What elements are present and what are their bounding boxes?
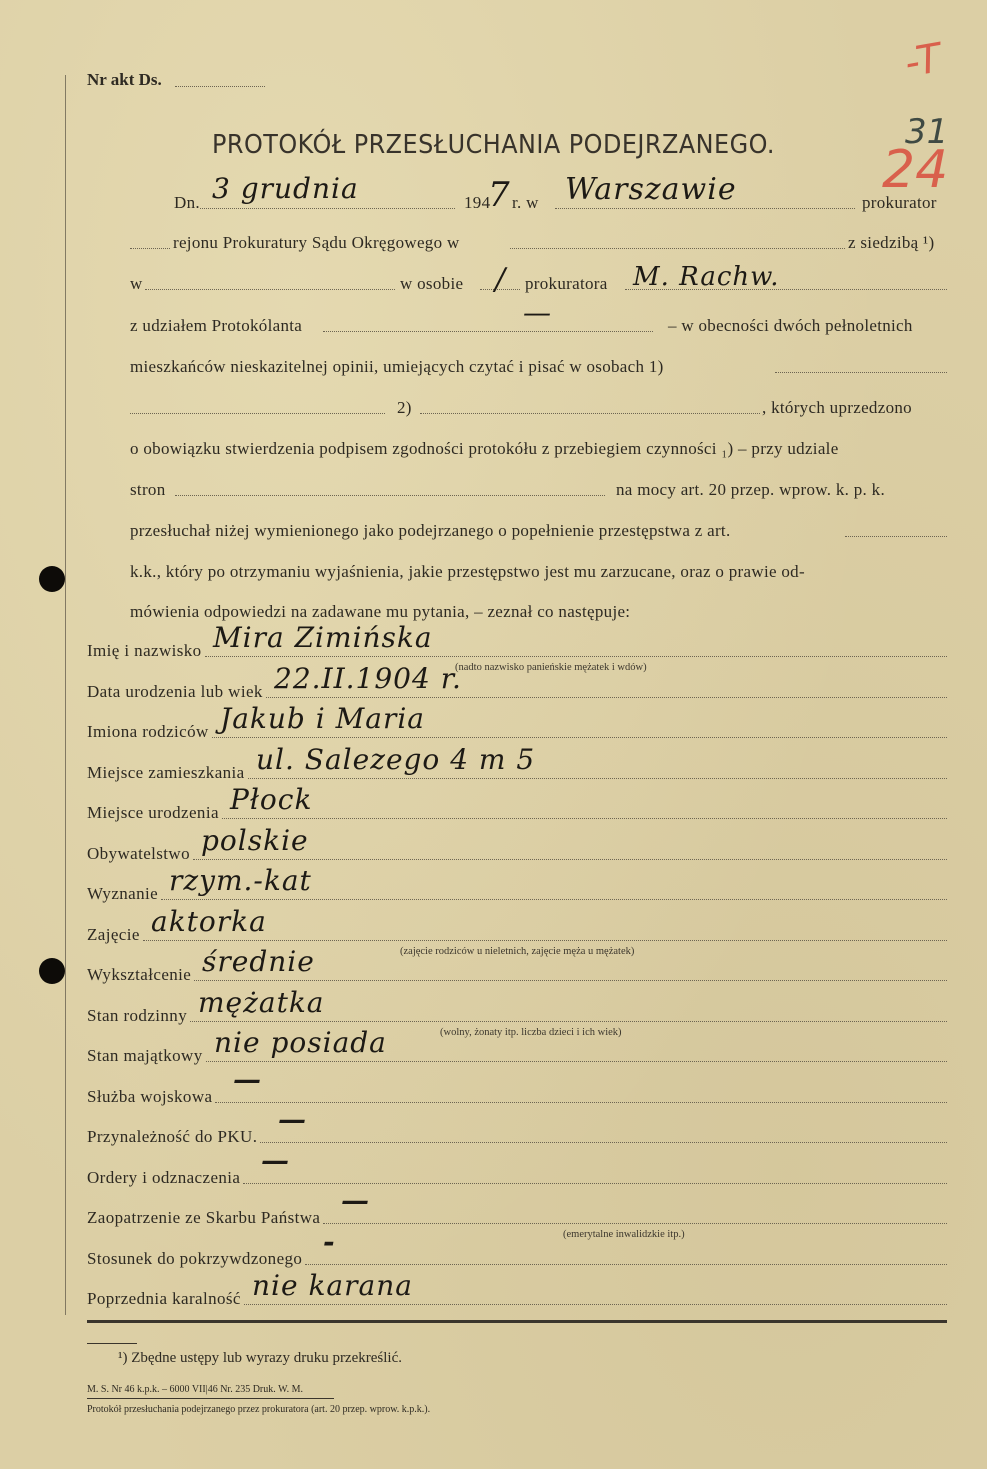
field-value-line	[266, 697, 947, 698]
year-digit-handwritten: 7	[488, 175, 511, 215]
field-value-handwritten: Jakub i Maria	[220, 702, 425, 735]
field-value-line	[248, 778, 947, 779]
field-label: Zaopatrzenie ze Skarbu Państwa	[87, 1208, 320, 1228]
case-number-field	[175, 86, 265, 87]
prosecutor-handwritten: M. Rachw.	[633, 262, 780, 292]
field-label: Data urodzenia lub wiek	[87, 682, 263, 702]
place-field	[555, 208, 855, 209]
field-value-handwritten: 22.II.1904 r.	[274, 662, 462, 695]
intro-line: – w obecności dwóch pełnoletnich	[668, 316, 913, 336]
date-handwritten: 3 grudnia	[212, 172, 359, 205]
field-value-line	[206, 1061, 947, 1062]
field-value-handwritten: —	[233, 1063, 262, 1096]
field-value-handwritten: średnie	[202, 945, 315, 978]
field-value-handwritten: aktorka	[151, 905, 267, 938]
date-field	[200, 208, 455, 209]
intro-line: 2)	[397, 398, 412, 418]
field-note: (emerytalne inwalidzkie itp.)	[563, 1229, 697, 1240]
court-seat-field	[510, 248, 845, 249]
print-rule	[87, 1398, 334, 1399]
field-label: Służba wojskowa	[87, 1087, 212, 1107]
witness-1-field	[775, 372, 947, 373]
intro-line: o obowiązku stwierdzenia podpisem zgodno…	[130, 439, 839, 459]
place-label: r. w	[512, 193, 539, 213]
print-info: M. S. Nr 46 k.p.k. – 6000 VII|46 Nr. 235…	[87, 1384, 303, 1395]
article-field	[845, 536, 947, 537]
field-label: Wykształcenie	[87, 965, 191, 985]
case-number-label: Nr akt Ds.	[87, 70, 162, 90]
city-handwritten: Warszawie	[565, 172, 737, 207]
field-value-line	[190, 1021, 947, 1022]
intro-line: prokuratora	[525, 274, 608, 294]
parties-field	[175, 495, 605, 496]
field-note: (nadto nazwisko panieńskie mężatek i wdó…	[455, 662, 697, 673]
field-value-handwritten: polskie	[201, 824, 309, 857]
field-dots	[145, 289, 395, 290]
field-value-handwritten: —	[341, 1184, 370, 1217]
field-label: Poprzednia karalność	[87, 1289, 241, 1309]
field-value-line	[143, 940, 947, 941]
form-name: Protokół przesłuchania podejrzanego prze…	[87, 1404, 430, 1415]
field-value-line	[222, 818, 947, 819]
field-label: Miejsce zamieszkania	[87, 763, 245, 783]
field-value-line	[205, 656, 947, 657]
field-value-handwritten: Płock	[230, 783, 312, 816]
field-note: (zajęcie rodziców u nieletnich, zajęcie …	[400, 946, 697, 957]
field-label: Przynależność do PKU.	[87, 1127, 257, 1147]
field-dots	[130, 413, 385, 414]
field-value-line	[244, 1304, 947, 1305]
date-label: Dn.	[174, 193, 200, 213]
page-title: PROTOKÓŁ PRZESŁUCHANIA PODEJRZANEGO.	[212, 130, 775, 160]
prokurator-label: prokurator	[862, 193, 937, 213]
field-value-line	[260, 1142, 947, 1143]
field-value-line	[161, 899, 947, 900]
footnote-rule	[87, 1343, 137, 1344]
witness-2-field	[420, 413, 760, 414]
field-value-handwritten: rzym.-kat	[169, 864, 312, 897]
red-page-number: 24	[882, 140, 948, 200]
field-value-handwritten: nie karana	[252, 1269, 413, 1302]
field-dots	[130, 248, 170, 249]
field-label: Stan rodzinny	[87, 1006, 187, 1026]
document-page: Nr akt Ds. -T 31 24 PROTOKÓŁ PRZESŁUCHAN…	[0, 0, 987, 1469]
section-divider	[87, 1320, 947, 1323]
field-value-line	[212, 737, 947, 738]
field-value-line	[305, 1264, 947, 1265]
field-value-handwritten: mężatka	[198, 986, 324, 1019]
intro-line: przesłuchał niżej wymienionego jako pode…	[130, 521, 731, 541]
intro-line: rejonu Prokuratury Sądu Okręgowego w	[173, 233, 460, 253]
field-value-line	[215, 1102, 947, 1103]
field-value-handwritten: nie posiada	[214, 1026, 387, 1059]
field-label: Wyznanie	[87, 884, 158, 904]
field-value-line	[323, 1223, 947, 1224]
field-value-handwritten: —	[261, 1144, 290, 1177]
intro-line: k.k., który po otrzymaniu wyjaśnienia, j…	[130, 562, 805, 582]
field-value-handwritten: Mira Zimińska	[213, 621, 433, 654]
field-label: Stosunek do pokrzywdzonego	[87, 1249, 302, 1269]
intro-line: z udziałem Protokólanta	[130, 316, 302, 336]
field-value-handwritten: —	[278, 1103, 307, 1136]
field-label: Imiona rodziców	[87, 722, 209, 742]
intro-line: mieszkańców nieskazitelnej opinii, umiej…	[130, 357, 664, 377]
field-label: Zajęcie	[87, 925, 140, 945]
field-value-line	[193, 859, 947, 860]
margin-line	[65, 75, 66, 1315]
intro-line: , których uprzedzono	[762, 398, 912, 418]
punch-hole	[39, 566, 65, 592]
field-label: Obywatelstwo	[87, 844, 190, 864]
intro-line: z siedzibą ¹)	[848, 233, 934, 253]
field-label: Miejsce urodzenia	[87, 803, 219, 823]
field-value-handwritten: ul. Salezego 4 m 5	[256, 743, 535, 776]
intro-line: mówienia odpowiedzi na zadawane mu pytan…	[130, 602, 630, 622]
recorder-field	[323, 331, 653, 332]
punch-hole	[39, 958, 65, 984]
field-note: (wolny, żonaty itp. liczba dzieci i ich …	[440, 1027, 697, 1038]
intro-line: w	[130, 274, 143, 294]
field-label: Ordery i odznaczenia	[87, 1168, 240, 1188]
field-value-line	[194, 980, 947, 981]
footnote: ¹) Zbędne ustępy lub wyrazy druku przekr…	[118, 1350, 402, 1367]
handwritten-dash: —	[523, 296, 552, 329]
handwritten-mark: /	[495, 262, 506, 297]
field-value-handwritten: -	[323, 1225, 336, 1258]
intro-line: stron	[130, 480, 166, 500]
intro-line: na mocy art. 20 przep. wprow. k. p. k.	[616, 480, 885, 500]
red-annotation: -T	[901, 35, 944, 87]
year-prefix: 194	[464, 193, 490, 213]
field-label: Stan majątkowy	[87, 1046, 203, 1066]
field-label: Imię i nazwisko	[87, 641, 202, 661]
intro-line: w osobie	[400, 274, 463, 294]
